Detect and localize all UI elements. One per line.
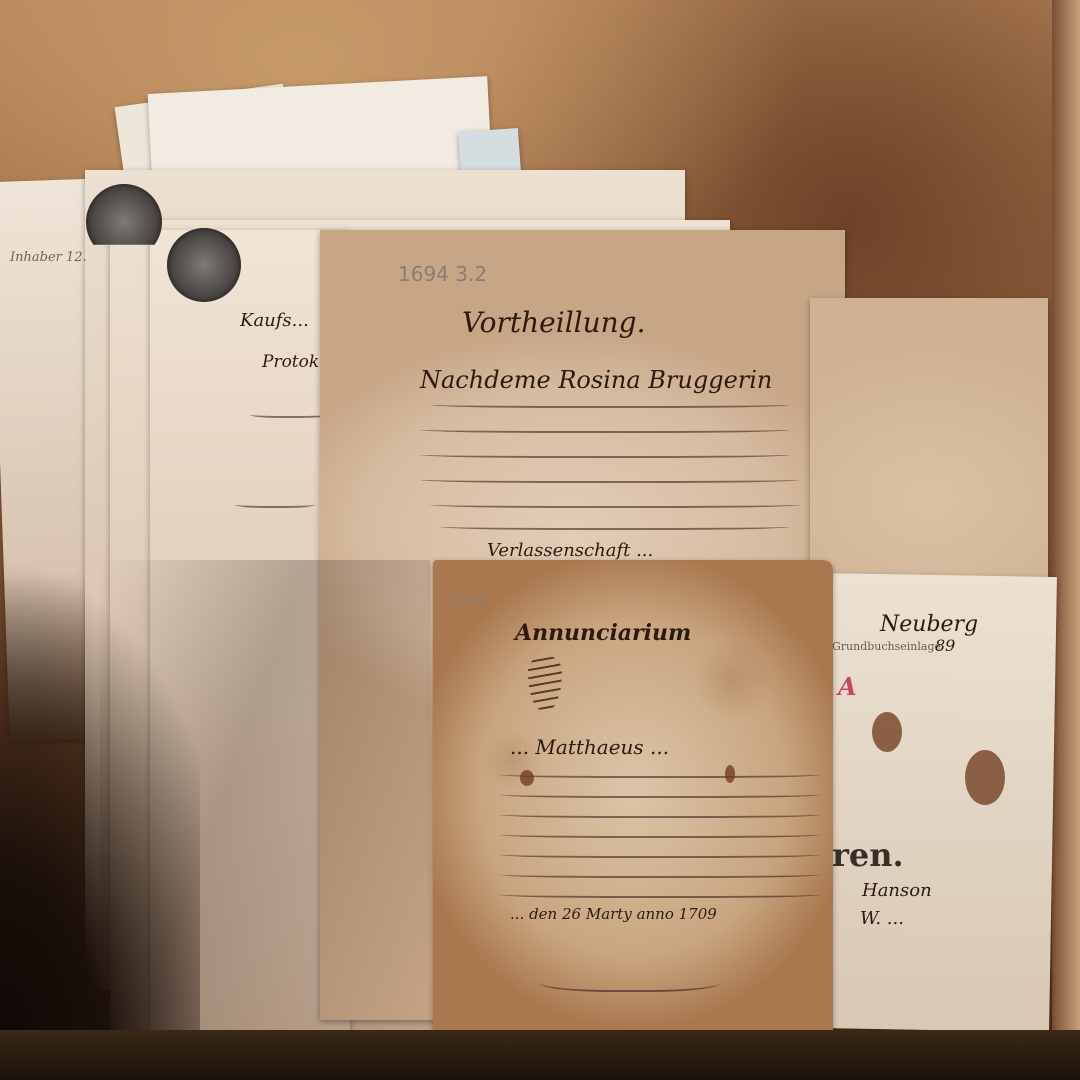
pencil-annotation: 1694 3.2 <box>398 262 487 286</box>
handwritten-line <box>420 450 790 458</box>
ink-stain <box>872 712 902 752</box>
handwritten-line <box>500 770 820 778</box>
printed-word: ren. <box>832 836 904 874</box>
photo-scene: Inhaber 12. Protokoll Kaufs... 1694 3.2 … <box>0 0 1080 1080</box>
lower-heading: Verlassenschaft ... <box>487 540 653 561</box>
opening-line: ... Matthaeus ... <box>510 735 669 759</box>
document-heading: Vortheillung. <box>462 306 646 339</box>
field-label: Grundbuchseinlage <box>832 640 941 653</box>
handwritten-line <box>500 830 820 838</box>
handwritten-line <box>430 500 800 508</box>
document-heading: Annunciarium <box>515 620 691 646</box>
handwritten-line <box>500 810 820 818</box>
pencil-annotation: 1709 <box>450 595 486 611</box>
wooden-shelf <box>0 1030 1080 1080</box>
handwritten-line <box>440 522 790 530</box>
flourish <box>235 500 315 508</box>
shadow <box>0 560 200 1080</box>
signature-flourish <box>540 970 720 992</box>
place-name: Neuberg <box>880 612 978 637</box>
stained-document <box>810 298 1048 598</box>
left-fragment: Inhaber 12. <box>10 250 87 265</box>
handwritten-line <box>420 425 790 433</box>
background-edge <box>1052 0 1080 1080</box>
handwritten-line <box>500 890 820 898</box>
left-fragment: Kaufs... <box>240 310 309 331</box>
handwritten-name: Hanson <box>862 880 932 901</box>
seal-icon <box>167 228 241 302</box>
red-mark: A <box>838 672 857 701</box>
flourish <box>250 410 330 418</box>
handwritten-line <box>430 400 790 408</box>
handwritten-line <box>500 870 820 878</box>
handwritten-line <box>500 790 820 798</box>
handwritten-line <box>420 475 800 483</box>
stain <box>725 765 735 783</box>
opening-line: Nachdeme Rosina Bruggerin <box>420 366 772 394</box>
field-value: 89 <box>935 636 955 655</box>
stain <box>520 770 534 786</box>
handwritten-line <box>500 850 820 858</box>
ink-stain <box>965 750 1005 805</box>
handwritten-signature: W. ... <box>860 908 904 929</box>
date-line: ... den 26 Marty anno 1709 <box>510 905 717 923</box>
